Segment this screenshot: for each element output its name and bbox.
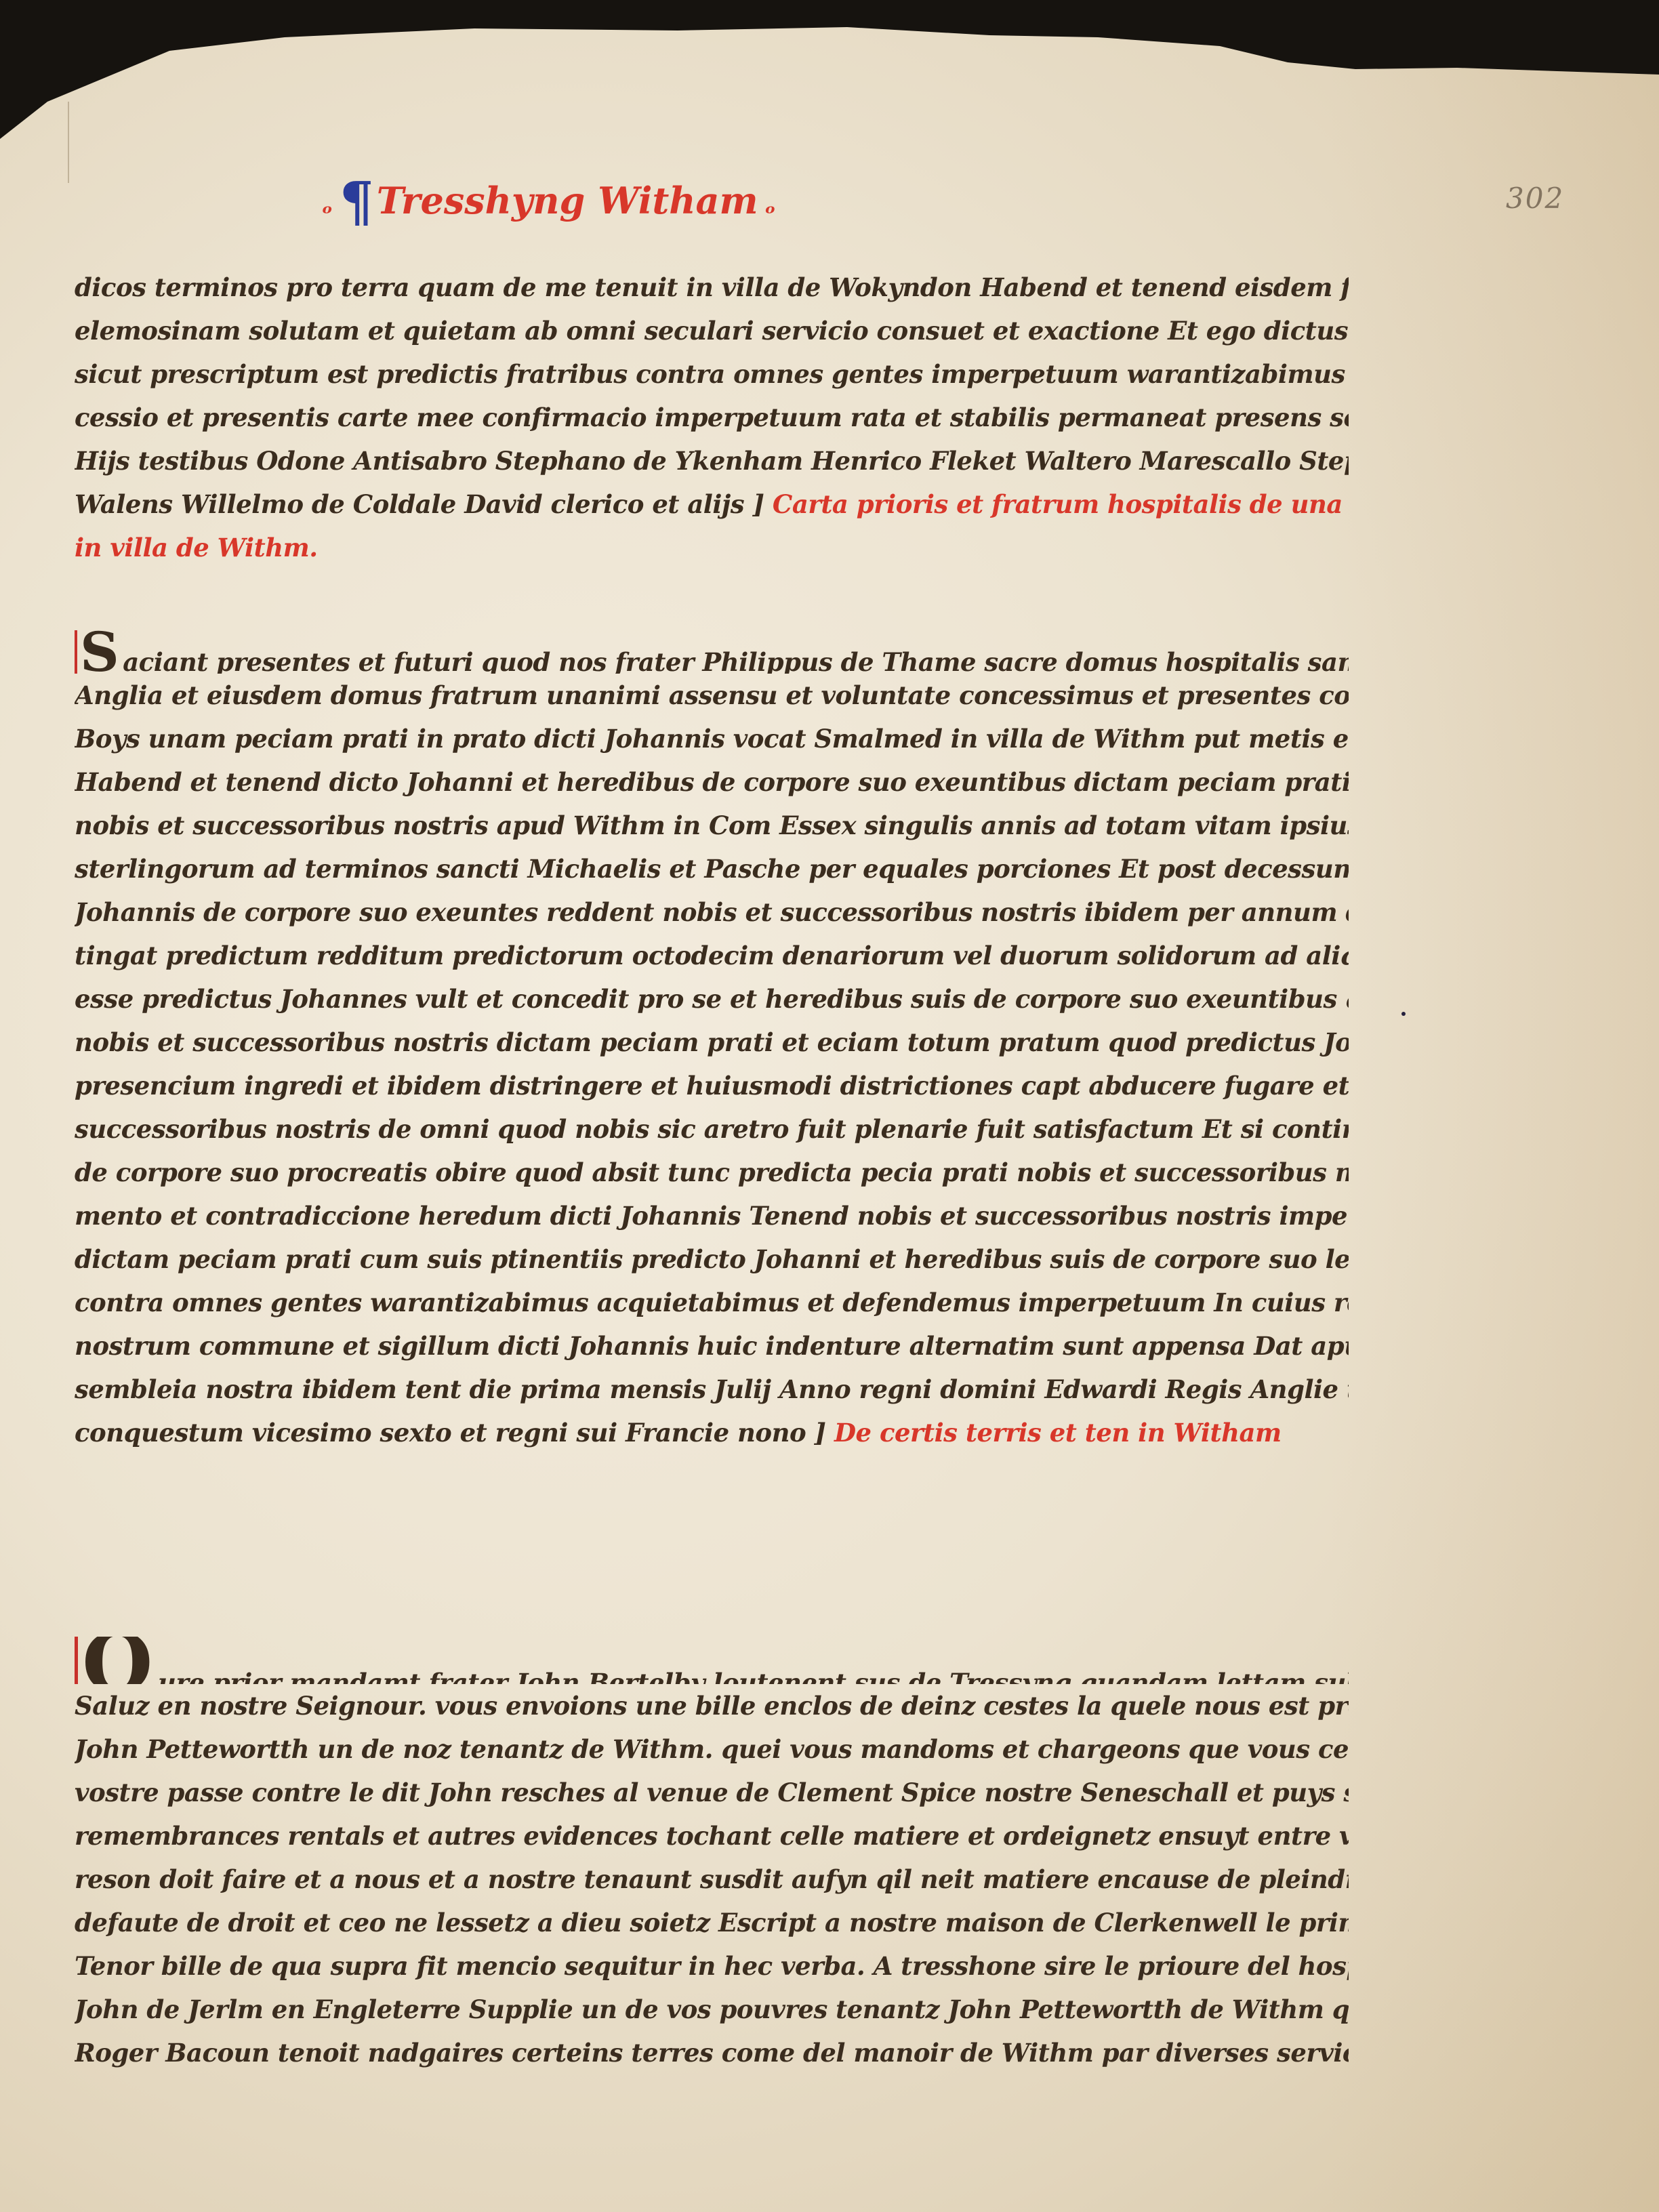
text-line: conquestum vicesimo sexto et regni sui F… bbox=[75, 1411, 1349, 1454]
page-heading: ₒ¶Tresshyng Withamₒ bbox=[315, 169, 783, 233]
section-mark: ] bbox=[815, 1418, 834, 1448]
text-line: sterlingorum ad terminos sancti Michaeli… bbox=[75, 847, 1349, 890]
text-segment: Walens Willelmo de Coldale David clerico… bbox=[75, 489, 744, 519]
text-line: Hijs testibus Odone Antisabro Stephano d… bbox=[75, 439, 1349, 483]
text-line: Saluz en nostre Seignour. vous envoions … bbox=[75, 1684, 1349, 1727]
text-line: Anglia et eiusdem domus fratrum unanimi … bbox=[75, 674, 1349, 717]
section-1-text: dicos terminos pro terra quam de me tenu… bbox=[75, 266, 1349, 569]
decorated-initial: O bbox=[75, 1637, 152, 1684]
text-line: dictam peciam prati cum suis ptinentiis … bbox=[75, 1237, 1349, 1281]
text-line: sicut prescriptum est predictis fratribu… bbox=[75, 352, 1349, 396]
text-line: mento et contradiccione heredum dicti Jo… bbox=[75, 1194, 1349, 1237]
text-line: contra omnes gentes warantizabimus acqui… bbox=[75, 1281, 1349, 1324]
manuscript-page: 302 ₒ¶Tresshyng Withamₒ dicos terminos p… bbox=[0, 0, 1659, 2212]
text-line: Saciant presentes et futuri quod nos fra… bbox=[75, 630, 1349, 674]
text-line: nobis et successoribus nostris dictam pe… bbox=[75, 1021, 1349, 1064]
text-segment: aciant presentes et futuri quod nos frat… bbox=[123, 647, 1349, 674]
rubric-line: in villa de Withm. bbox=[75, 526, 1349, 569]
text-line: presencium ingredi et ibidem distringere… bbox=[75, 1064, 1349, 1107]
text-line: de corpore suo procreatis obire quod abs… bbox=[75, 1151, 1349, 1194]
text-line: successoribus nostris de omni quod nobis… bbox=[75, 1107, 1349, 1151]
pilcrow-icon: ¶ bbox=[340, 169, 374, 233]
heading-mark-right: ₒ bbox=[765, 192, 776, 220]
section-mark: ] bbox=[753, 489, 773, 519]
text-line: reson doit faire et a nous et a nostre t… bbox=[75, 1858, 1349, 1901]
text-line: Walens Willelmo de Coldale David clerico… bbox=[75, 483, 1349, 526]
text-line: remembrances rentals et autres evidences… bbox=[75, 1814, 1349, 1858]
text-line: elemosinam solutam et quietam ab omni se… bbox=[75, 309, 1349, 352]
heading-mark-left: ₒ bbox=[322, 192, 333, 220]
text-line: dicos terminos pro terra quam de me tenu… bbox=[75, 266, 1349, 309]
text-line: Johannis de corpore suo exeuntes reddent… bbox=[75, 890, 1349, 934]
decorated-initial: S bbox=[75, 630, 119, 674]
text-line: Oure prior mandamt frater John Bertelby … bbox=[75, 1637, 1349, 1684]
text-line: Habend et tenend dicto Johanni et heredi… bbox=[75, 760, 1349, 804]
ink-speck bbox=[1401, 1012, 1406, 1016]
text-line: Boys unam peciam prati in prato dicti Jo… bbox=[75, 717, 1349, 760]
section-2-text: Saciant presentes et futuri quod nos fra… bbox=[75, 630, 1349, 1454]
text-line: Tenor bille de qua supra fit mencio sequ… bbox=[75, 1944, 1349, 1988]
text-line: nostrum commune et sigillum dicti Johann… bbox=[75, 1324, 1349, 1368]
page-crease bbox=[68, 102, 69, 183]
text-line: John de Jerlm en Engleterre Supplie un d… bbox=[75, 1988, 1349, 2031]
section-3-text: Oure prior mandamt frater John Bertelby … bbox=[75, 1637, 1349, 2074]
text-line: nobis et successoribus nostris apud With… bbox=[75, 804, 1349, 847]
text-line: tingat predictum redditum predictorum oc… bbox=[75, 934, 1349, 977]
text-line: vostre passe contre le dit John resches … bbox=[75, 1771, 1349, 1814]
text-line: Roger Bacoun tenoit nadgaires certeins t… bbox=[75, 2031, 1349, 2074]
text-line: John Pettewortth un de noz tenantz de Wi… bbox=[75, 1727, 1349, 1771]
rubric-carta: Carta prioris et fratrum hospitalis de u… bbox=[773, 489, 1349, 519]
text-line: cessio et presentis carte mee confirmaci… bbox=[75, 396, 1349, 439]
text-line: esse predictus Johannes vult et concedit… bbox=[75, 977, 1349, 1021]
rubric-de-certis: De certis terris et ten in Witham bbox=[834, 1418, 1282, 1448]
folio-number: 302 bbox=[1506, 182, 1564, 215]
text-segment: ure prior mandamt frater John Bertelby l… bbox=[158, 1668, 1349, 1684]
text-line: defaute de droit et ceo ne lessetz a die… bbox=[75, 1901, 1349, 1944]
text-line: sembleia nostra ibidem tent die prima me… bbox=[75, 1368, 1349, 1411]
text-segment: conquestum vicesimo sexto et regni sui F… bbox=[75, 1418, 806, 1448]
heading-title: Tresshyng Witham bbox=[377, 179, 758, 222]
